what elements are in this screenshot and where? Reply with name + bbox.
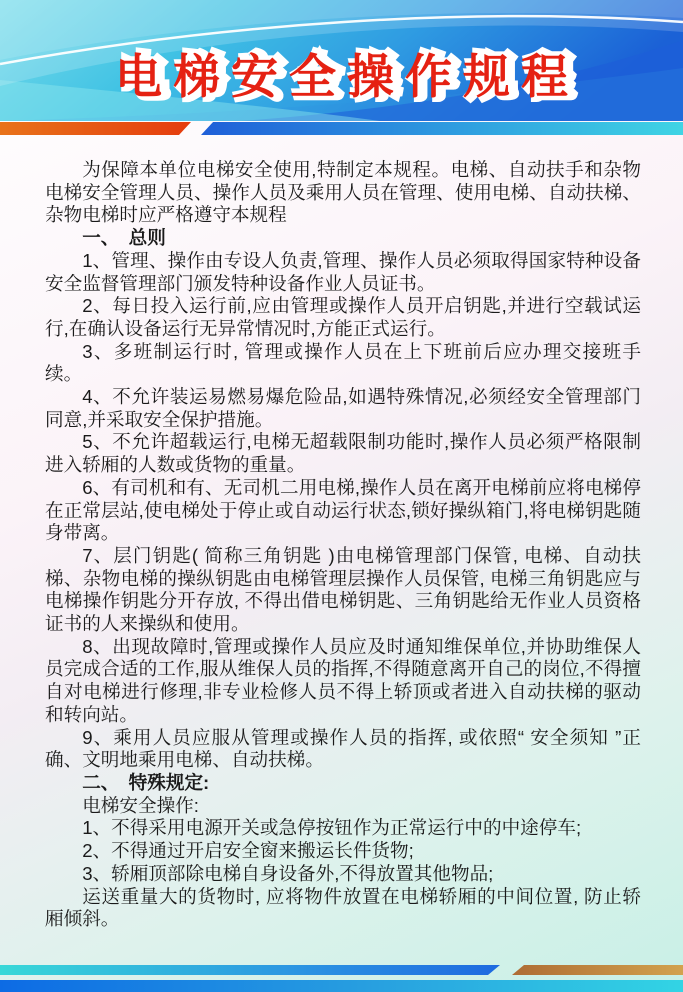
header-stripe-row bbox=[0, 122, 683, 135]
rule-item: 2、每日投入运行前,应由管理或操作人员开启钥匙,并进行空载试运行,在确认设备运行… bbox=[45, 295, 641, 340]
rule-item: 2、不得通过开启安全窗来搬运长件货物; bbox=[45, 840, 641, 863]
rule-item: 5、不允许超载运行,电梯无超载限制功能时,操作人员必须严格限制进入轿厢的人数或货… bbox=[45, 431, 641, 476]
section-heading: 一、 总则 bbox=[45, 227, 641, 250]
footer-bottom-bar bbox=[0, 980, 683, 992]
header-banner: 电梯安全操作规程 电梯安全操作规程 bbox=[0, 0, 683, 121]
rule-item: 1、管理、操作由专设人负责,管理、操作人员必须取得国家特种设备安全监督管理部门颁… bbox=[45, 250, 641, 295]
rule-item: 电梯安全操作: bbox=[45, 795, 641, 818]
footer-banner bbox=[0, 965, 683, 992]
orange-stripe bbox=[0, 122, 191, 135]
rule-item: 1、不得采用电源开关或急停按钮作为正常运行中的中途停车; bbox=[45, 817, 641, 840]
poster-title: 电梯安全操作规程 电梯安全操作规程 bbox=[0, 48, 683, 107]
rule-item: 7、层门钥匙( 简称三角钥匙 )由电梯管理部门保管, 电梯、自动扶梯、杂物电梯的… bbox=[45, 545, 641, 636]
rule-item: 3、轿厢顶部除电梯自身设备外,不得放置其他物品; bbox=[45, 863, 641, 886]
regulations-text: 为保障本单位电梯安全使用,特制定本规程。电梯、自动扶手和杂物电梯安全管理人员、操… bbox=[45, 159, 641, 931]
footer-tan-stripe bbox=[512, 965, 683, 975]
section-heading: 二、 特殊规定: bbox=[45, 772, 641, 795]
rule-item: 8、出现故障时,管理或操作人员应及时通知维保单位,并协助维保人员完成合适的工作,… bbox=[45, 636, 641, 727]
rule-item: 运送重量大的货物时, 应将物件放置在电梯轿厢的中间位置, 防止轿厢倾斜。 bbox=[45, 886, 641, 931]
blue-stripe bbox=[201, 122, 683, 135]
intro-paragraph: 为保障本单位电梯安全使用,特制定本规程。电梯、自动扶手和杂物电梯安全管理人员、操… bbox=[45, 159, 641, 227]
rule-item: 9、乘用人员应服从管理或操作人员的指挥, 或依照“ 安全须知 ”正确、文明地乘用… bbox=[45, 727, 641, 772]
rule-item: 4、不允许装运易燃易爆危险品,如遇特殊情况,必须经安全管理部门同意,并采取安全保… bbox=[45, 386, 641, 431]
poster-title-text: 电梯安全操作规程 bbox=[0, 48, 683, 107]
rule-item: 3、多班制运行时, 管理或操作人员在上下班前后应办理交接班手续。 bbox=[45, 341, 641, 386]
poster-page: 电梯安全操作规程 电梯安全操作规程 为保障本单位电梯安全使用,特制定本规程。电梯… bbox=[0, 0, 683, 992]
footer-cyan-blue-stripe bbox=[0, 965, 500, 975]
rule-item: 6、有司机和有、无司机二用电梯,操作人员在离开电梯前应将电梯停在正常层站,使电梯… bbox=[45, 477, 641, 545]
